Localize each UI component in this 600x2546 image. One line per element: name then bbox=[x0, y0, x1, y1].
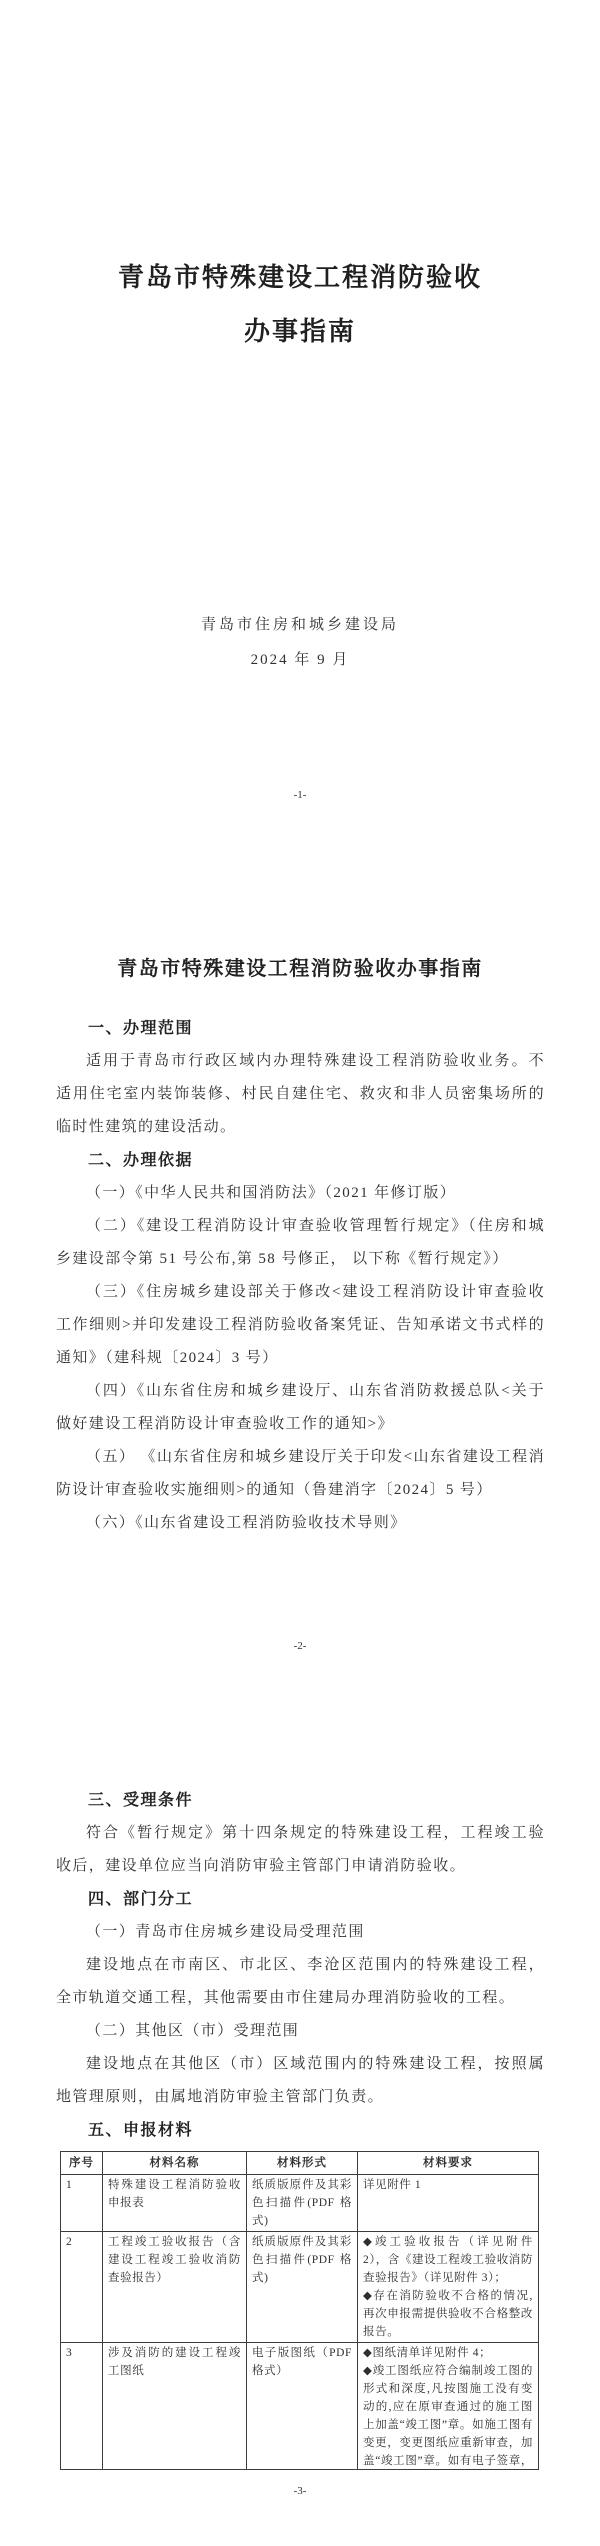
cell-material-requirements: ◆竣工验收报告（详见附件 2），含《建设工程竣工验收消防查验报告》（详见附件 3… bbox=[358, 2232, 539, 2343]
basis-item-2: （二）《建设工程消防设计审查验收管理暂行规定》（住房和城乡建设部令第 51 号公… bbox=[56, 1210, 545, 1276]
basis-item-1: （一）《中华人民共和国消防法》（2021 年修订版） bbox=[56, 1177, 545, 1210]
requirement-line: ◆竣工验收报告（详见附件 2），含《建设工程竣工验收消防查验报告》（详见附件 3… bbox=[363, 2233, 533, 2287]
section-title-application-materials: 五、申报材料 bbox=[56, 2114, 545, 2147]
division-item-1-text: 建设地点在市南区、市北区、李沧区范围内的特殊建设工程，全市轨道交通工程，其他需要… bbox=[56, 1949, 545, 2015]
col-header-material-requirements: 材料要求 bbox=[358, 2152, 539, 2175]
requirement-line: ◆竣工图纸应符合编制竣工图的形式和深度,凡按图施工没有变动的,应在原审查通过的施… bbox=[363, 2362, 533, 2468]
issuing-organization: 青岛市住房和城乡建设局 bbox=[0, 616, 600, 634]
requirement-line: 详见附件 1 bbox=[363, 2176, 533, 2194]
page-number-1: -1- bbox=[0, 790, 600, 801]
basis-item-5: （五） 《山东省住房和城乡建设厅关于印发<山东省建设工程消防设计审查验收实施细则… bbox=[56, 1441, 545, 1507]
cell-index: 2 bbox=[61, 2232, 103, 2343]
cell-material-form: 纸质版原件及其彩色扫描件(PDF 格式) bbox=[247, 2232, 358, 2343]
publish-date: 2024 年 9 月 bbox=[0, 651, 600, 669]
document-heading: 青岛市特殊建设工程消防验收办事指南 bbox=[0, 957, 600, 981]
col-header-index: 序号 bbox=[61, 2152, 103, 2175]
basis-item-4: （四）《山东省住房和城乡建设厅、山东省消防救援总队<关于做好建设工程消防设计审查… bbox=[56, 1375, 545, 1441]
paragraph-acceptance-conditions: 符合《暂行规定》第十四条规定的特殊建设工程，工程竣工验收后，建设单位应当向消防审… bbox=[56, 1817, 545, 1883]
section-title-scope: 一、办理范围 bbox=[56, 1012, 545, 1045]
cell-material-name: 涉及消防的建设工程竣工图纸 bbox=[103, 2343, 247, 2470]
cell-material-requirements: 详见附件 1 bbox=[358, 2175, 539, 2232]
division-item-2-text: 建设地点在其他区（市）区域范围内的特殊建设工程，按照属地管理原则，由属地消防审验… bbox=[56, 2048, 545, 2114]
cell-material-name: 特殊建设工程消防验收申报表 bbox=[103, 2175, 247, 2232]
cell-material-requirements: ◆图纸清单详见附件 4； ◆竣工图纸应符合编制竣工图的形式和深度,凡按图施工没有… bbox=[358, 2343, 539, 2470]
cell-material-form: 纸质版原件及其彩色扫描件(PDF 格式) bbox=[247, 2175, 358, 2232]
section-title-department-division: 四、部门分工 bbox=[56, 1883, 545, 1916]
cover-title-line2: 办事指南 bbox=[0, 318, 600, 344]
requirement-line: ◆图纸清单详见附件 4； bbox=[363, 2344, 533, 2362]
cell-index: 3 bbox=[61, 2343, 103, 2470]
section-title-basis: 二、办理依据 bbox=[56, 1144, 545, 1177]
page3-body: 三、受理条件 符合《暂行规定》第十四条规定的特殊建设工程，工程竣工验收后，建设单… bbox=[56, 1784, 545, 2470]
page-number-3: -3- bbox=[0, 2486, 600, 2497]
page2-body: 一、办理范围 适用于青岛市行政区域内办理特殊建设工程消防验收业务。不适用住宅室内… bbox=[56, 1012, 545, 1540]
cell-material-name: 工程竣工验收报告（含建设工程竣工验收消防查验报告） bbox=[103, 2232, 247, 2343]
cell-index: 1 bbox=[61, 2175, 103, 2232]
cover-title-line1: 青岛市特殊建设工程消防验收 bbox=[0, 264, 600, 290]
requirement-line: ◆存在消防验收不合格的情况,再次申报需提供验收不合格整改报告。 bbox=[363, 2287, 533, 2341]
section-title-acceptance-conditions: 三、受理条件 bbox=[56, 1784, 545, 1817]
basis-item-6: （六）《山东省建设工程消防验收技术导则》 bbox=[56, 1507, 545, 1540]
table-row: 1 特殊建设工程消防验收申报表 纸质版原件及其彩色扫描件(PDF 格式) 详见附… bbox=[61, 2175, 539, 2232]
cell-material-form: 电子版图纸（PDF 格式） bbox=[247, 2343, 358, 2470]
materials-table-header-row: 序号 材料名称 材料形式 材料要求 bbox=[61, 2152, 539, 2175]
page-number-2: -2- bbox=[0, 1641, 600, 1652]
col-header-material-form: 材料形式 bbox=[247, 2152, 358, 2175]
document-page-stack: 青岛市特殊建设工程消防验收 办事指南 青岛市住房和城乡建设局 2024 年 9 … bbox=[0, 0, 600, 2546]
division-item-1-title: （一）青岛市住房城乡建设局受理范围 bbox=[56, 1916, 545, 1949]
table-row: 2 工程竣工验收报告（含建设工程竣工验收消防查验报告） 纸质版原件及其彩色扫描件… bbox=[61, 2232, 539, 2343]
table-row: 3 涉及消防的建设工程竣工图纸 电子版图纸（PDF 格式） ◆图纸清单详见附件 … bbox=[61, 2343, 539, 2470]
basis-item-3: （三）《住房城乡建设部关于修改<建设工程消防设计审查验收工作细则>并印发建设工程… bbox=[56, 1276, 545, 1375]
paragraph-scope: 适用于青岛市行政区域内办理特殊建设工程消防验收业务。不适用住宅室内装饰装修、村民… bbox=[56, 1045, 545, 1144]
division-item-2-title: （二）其他区（市）受理范围 bbox=[56, 2015, 545, 2048]
col-header-material-name: 材料名称 bbox=[103, 2152, 247, 2175]
materials-table: 序号 材料名称 材料形式 材料要求 1 特殊建设工程消防验收申报表 纸质版原件及… bbox=[60, 2151, 539, 2470]
